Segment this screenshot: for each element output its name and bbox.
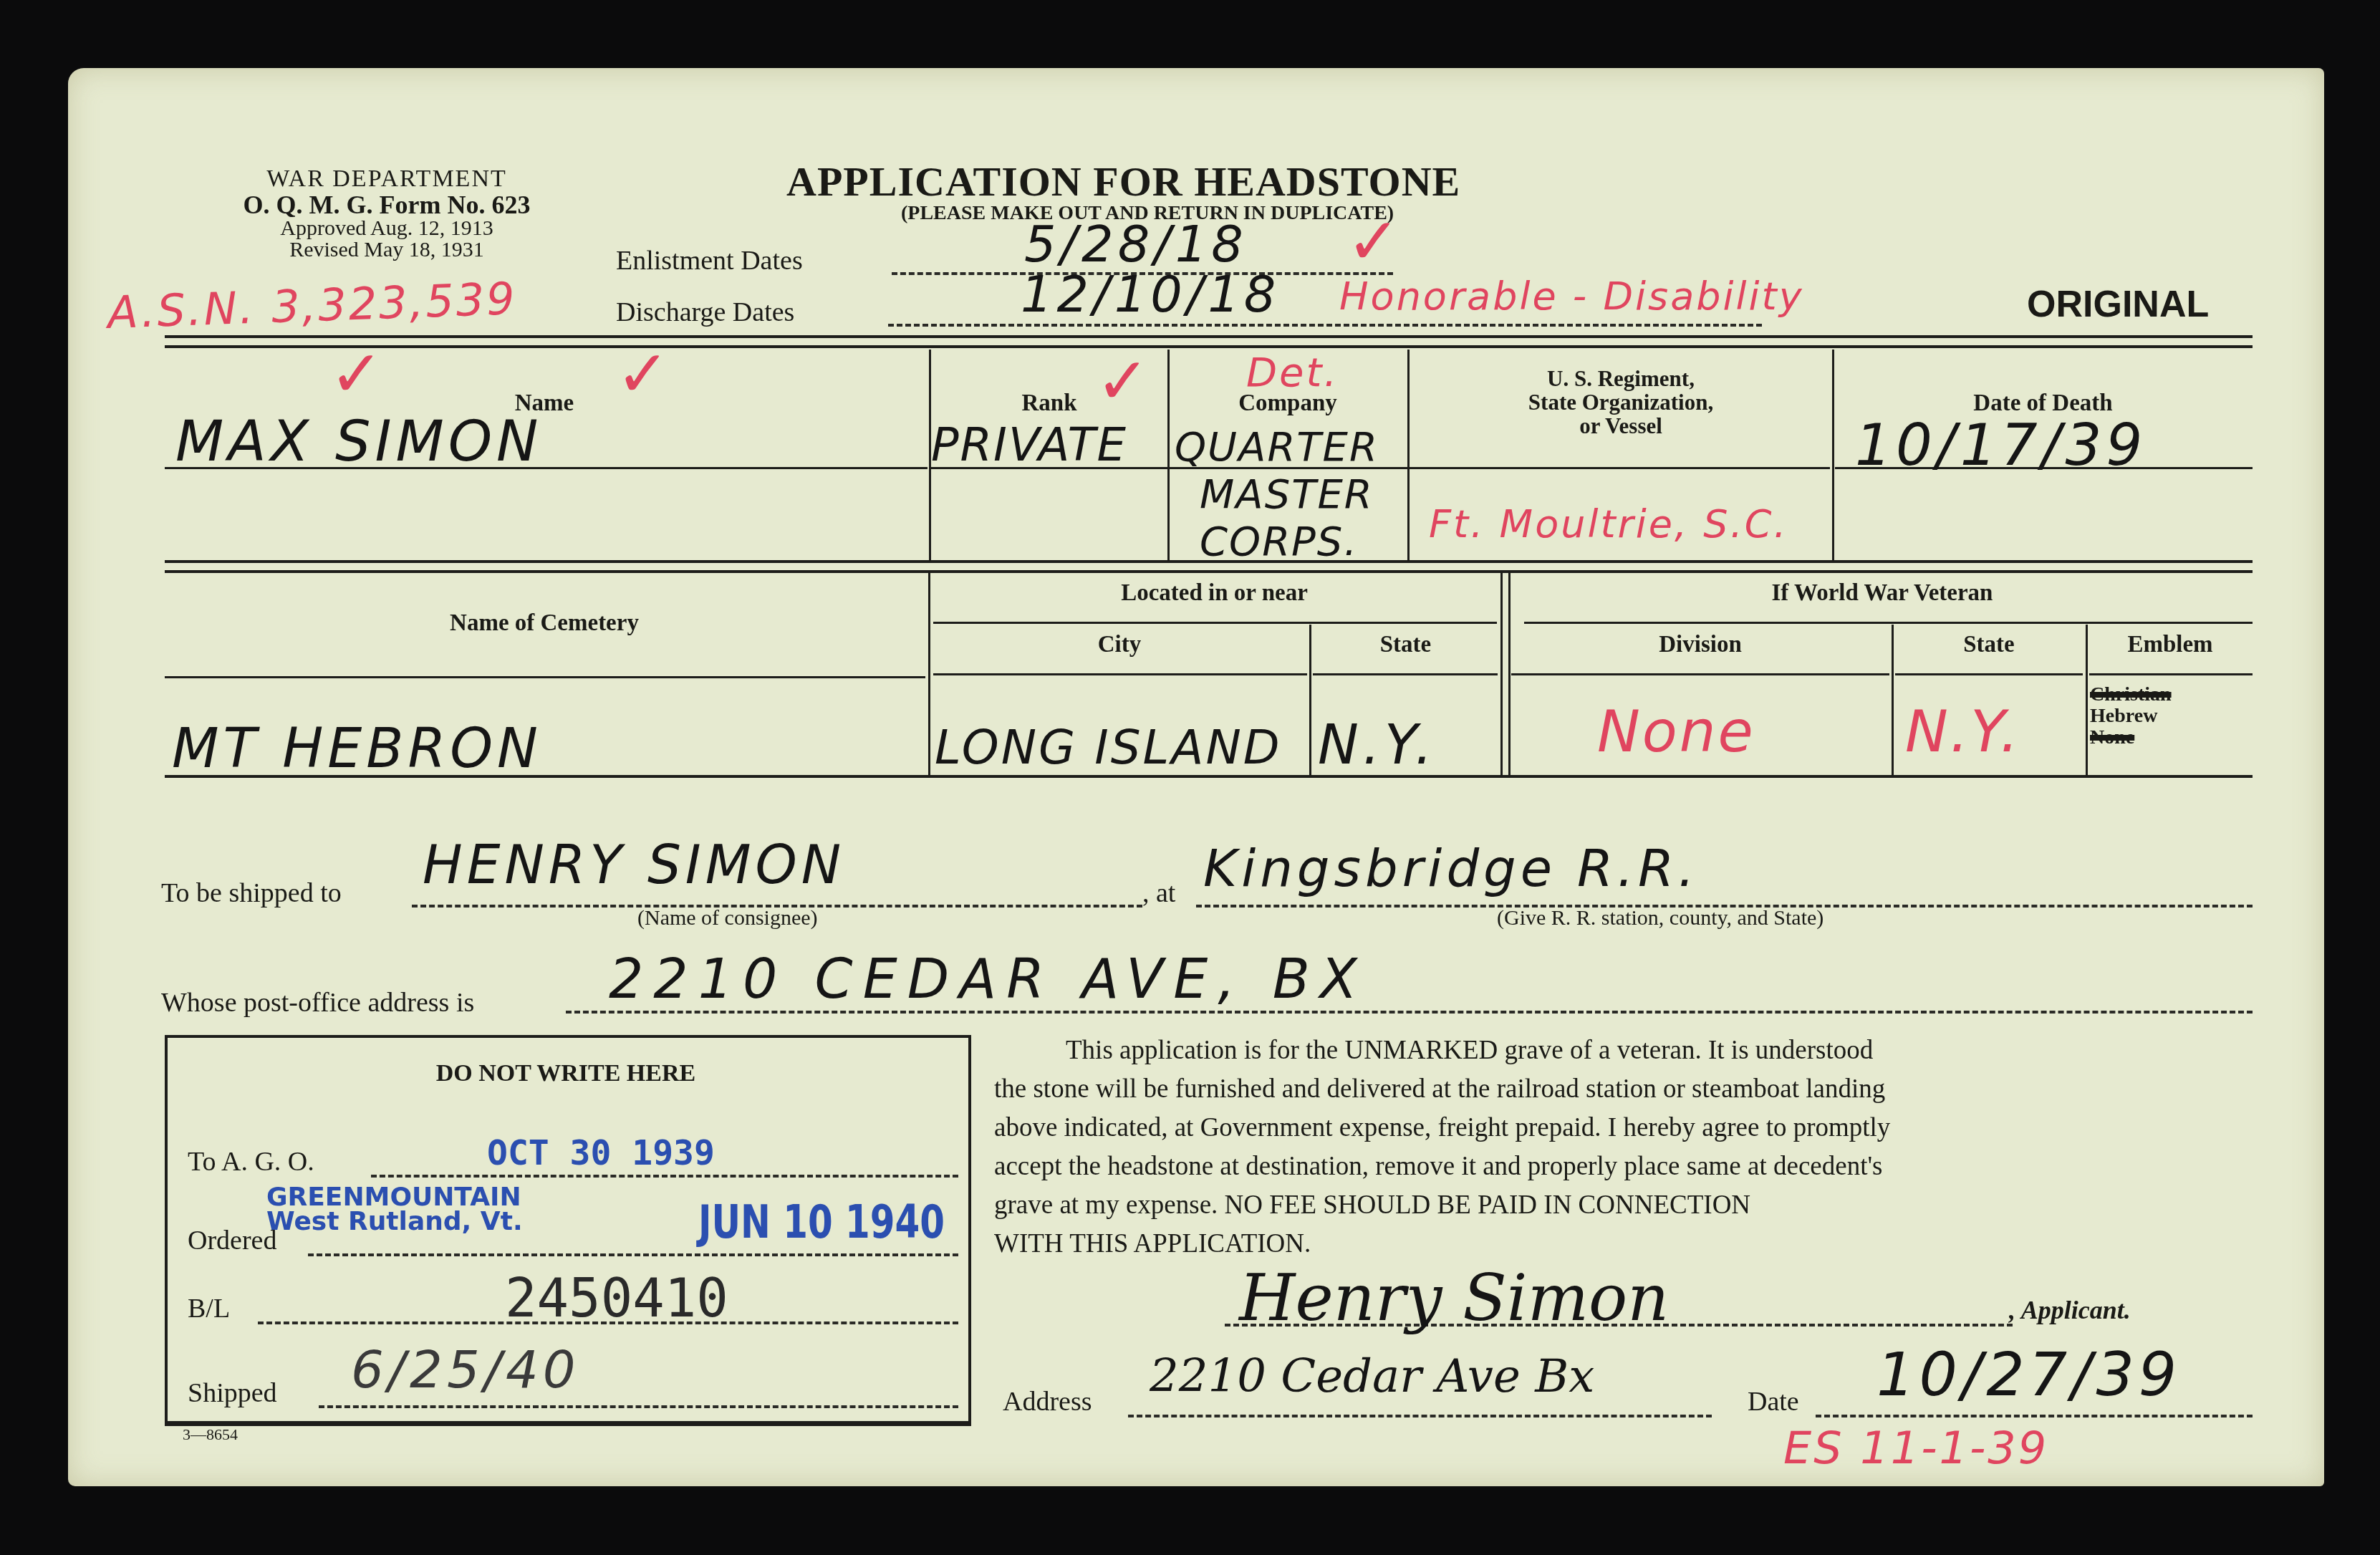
po-address-label: Whose post-office address is <box>161 987 474 1019</box>
date-of-death-value[interactable]: 10/17/39 <box>1855 412 2147 478</box>
state-header: State <box>1311 632 1500 658</box>
at-label: , at <box>1142 877 1175 909</box>
applicant-address-value[interactable]: 2210 Cedar Ave Bx <box>1150 1350 1594 1403</box>
agreement-statement: This application is for the UNMARKED gra… <box>994 1031 2255 1263</box>
city-header: City <box>930 632 1309 658</box>
applicant-address-field-line <box>1128 1415 1712 1417</box>
emblem-options[interactable]: Christian Hebrew None <box>2090 684 2172 748</box>
applicant-label: , Applicant. <box>2009 1295 2131 1325</box>
vendor-stamp: GREENMOUNTAIN West Rutland, Vt. <box>266 1185 523 1234</box>
consignee-caption: (Name of consignee) <box>637 906 818 930</box>
field-line <box>2089 673 2253 675</box>
revised-date: Revised May 18, 1931 <box>208 239 566 261</box>
statement-line: above indicated, at Government expense, … <box>994 1109 2255 1147</box>
station-caption: (Give R. R. station, county, and State) <box>1497 906 1823 930</box>
emblem-option-christian[interactable]: Christian <box>2090 684 2172 706</box>
soldier-name-value[interactable]: MAX SIMON <box>175 410 542 474</box>
red-check-mark-icon: ✓ <box>1096 344 1150 419</box>
date-label: Date <box>1748 1386 1799 1417</box>
field-line <box>933 622 1497 624</box>
station-value[interactable]: Kingsbridge R.R. <box>1203 838 1699 898</box>
discharge-type-annotation: Honorable - Disability <box>1339 274 1804 319</box>
regiment-header-line: U. S. Regiment, <box>1410 367 1832 390</box>
ww-veteran-header: If World War Veteran <box>1510 580 2255 607</box>
field-line <box>1524 622 2253 624</box>
cemetery-name-value[interactable]: MT HEBRON <box>172 716 542 780</box>
shipped-field-line <box>319 1405 958 1408</box>
emblem-option-none[interactable]: None <box>2090 727 2172 748</box>
rank-value[interactable]: PRIVATE <box>931 419 1127 472</box>
discharge-field-line <box>888 324 1762 327</box>
field-line <box>1895 673 2083 675</box>
print-code: 3—8654 <box>183 1425 238 1444</box>
company-value[interactable]: QUARTER MASTER CORPS. <box>1175 424 1379 566</box>
office-box-title: DO NOT WRITE HERE <box>165 1060 967 1087</box>
red-check-mark-icon: ✓ <box>616 337 670 412</box>
statement-line: the stone will be furnished and delivere… <box>994 1070 2255 1109</box>
red-check-mark-icon: ✓ <box>1346 204 1400 279</box>
date-field-line <box>1816 1415 2253 1417</box>
ordered-label: Ordered <box>188 1225 276 1256</box>
regiment-annotation: Ft. Moultrie, S.C. <box>1429 501 1788 547</box>
company-value-line: CORPS. <box>1175 519 1379 566</box>
applicant-signature[interactable]: Henry Simon <box>1239 1261 1669 1336</box>
column-divider <box>1167 350 1170 561</box>
field-line <box>165 676 925 678</box>
located-header: Located in or near <box>930 580 1499 607</box>
application-date-value[interactable]: 10/27/39 <box>1876 1339 2181 1410</box>
emblem-header: Emblem <box>2087 632 2253 658</box>
emblem-option-hebrew[interactable]: Hebrew <box>2090 706 2172 727</box>
shipped-to-label: To be shipped to <box>161 877 342 909</box>
state-value[interactable]: N.Y. <box>1318 713 1437 776</box>
form-number: O. Q. M. G. Form No. 623 <box>208 192 566 218</box>
statement-line: accept the headstone at destination, rem… <box>994 1147 2255 1186</box>
regiment-header-line: or Vessel <box>1410 414 1832 438</box>
statement-line: grave at my expense. NO FEE SHOULD BE PA… <box>994 1186 2255 1225</box>
enlistment-label: Enlistment Dates <box>616 245 803 276</box>
ww-state-header: State <box>1893 632 2085 658</box>
discharge-date-value[interactable]: 12/10/18 <box>1021 265 1280 324</box>
ordered-date-stamp: JUN 10 1940 <box>698 1196 945 1249</box>
field-line <box>1313 673 1498 675</box>
division-header: Division <box>1510 632 1891 658</box>
divider <box>165 570 2253 573</box>
divider <box>165 345 2253 348</box>
shipped-date-value: 6/25/40 <box>351 1339 580 1400</box>
city-value[interactable]: LONG ISLAND <box>935 720 1282 775</box>
shipped-label: Shipped <box>188 1377 277 1409</box>
divider <box>165 560 2253 563</box>
vendor-stamp-line: West Rutland, Vt. <box>266 1210 523 1234</box>
company-value-line: MASTER <box>1175 471 1379 519</box>
ago-field-line <box>371 1175 958 1178</box>
division-value[interactable]: None <box>1597 698 1755 765</box>
department-name: WAR DEPARTMENT <box>208 166 566 192</box>
form-header-block: WAR DEPARTMENT O. Q. M. G. Form No. 623 … <box>208 166 566 261</box>
applicant-address-label: Address <box>1003 1386 1092 1417</box>
po-address-value[interactable]: 2210 CEDAR AVE, BX <box>609 947 1367 1011</box>
ago-date-stamp: OCT 30 1939 <box>487 1133 715 1173</box>
cemetery-header: Name of Cemetery <box>165 610 924 637</box>
column-divider <box>1500 573 1503 777</box>
statement-line: WITH THIS APPLICATION. <box>994 1225 2255 1263</box>
red-check-mark-icon: ✓ <box>329 337 383 412</box>
field-line <box>933 673 1307 675</box>
ago-label: To A. G. O. <box>188 1146 314 1178</box>
ww-state-value[interactable]: N.Y. <box>1905 698 2020 765</box>
po-address-field-line <box>566 1011 2253 1014</box>
column-divider <box>1832 350 1834 561</box>
discharge-label: Discharge Dates <box>616 297 794 328</box>
bl-label: B/L <box>188 1293 230 1324</box>
approved-date: Approved Aug. 12, 1913 <box>208 218 566 239</box>
form-title: APPLICATION FOR HEADSTONE <box>786 158 1460 206</box>
statement-line: This application is for the UNMARKED gra… <box>994 1031 2255 1070</box>
company-value-line: QUARTER <box>1175 424 1379 471</box>
divider <box>165 335 2253 338</box>
regiment-header: U. S. Regiment, State Organization, or V… <box>1410 367 1832 438</box>
ordered-field-line <box>308 1253 958 1256</box>
regiment-header-line: State Organization, <box>1410 390 1832 414</box>
vendor-stamp-line: GREENMOUNTAIN <box>266 1185 523 1210</box>
field-line <box>1511 673 1889 675</box>
received-annotation: ES 11-1-39 <box>1783 1422 2048 1474</box>
bill-of-lading-number: 2450410 <box>505 1268 728 1329</box>
consignee-value[interactable]: HENRY SIMON <box>423 834 845 896</box>
divider <box>165 775 2253 778</box>
copy-label-original: ORIGINAL <box>2027 283 2209 326</box>
company-annotation: Det. <box>1246 350 1339 396</box>
